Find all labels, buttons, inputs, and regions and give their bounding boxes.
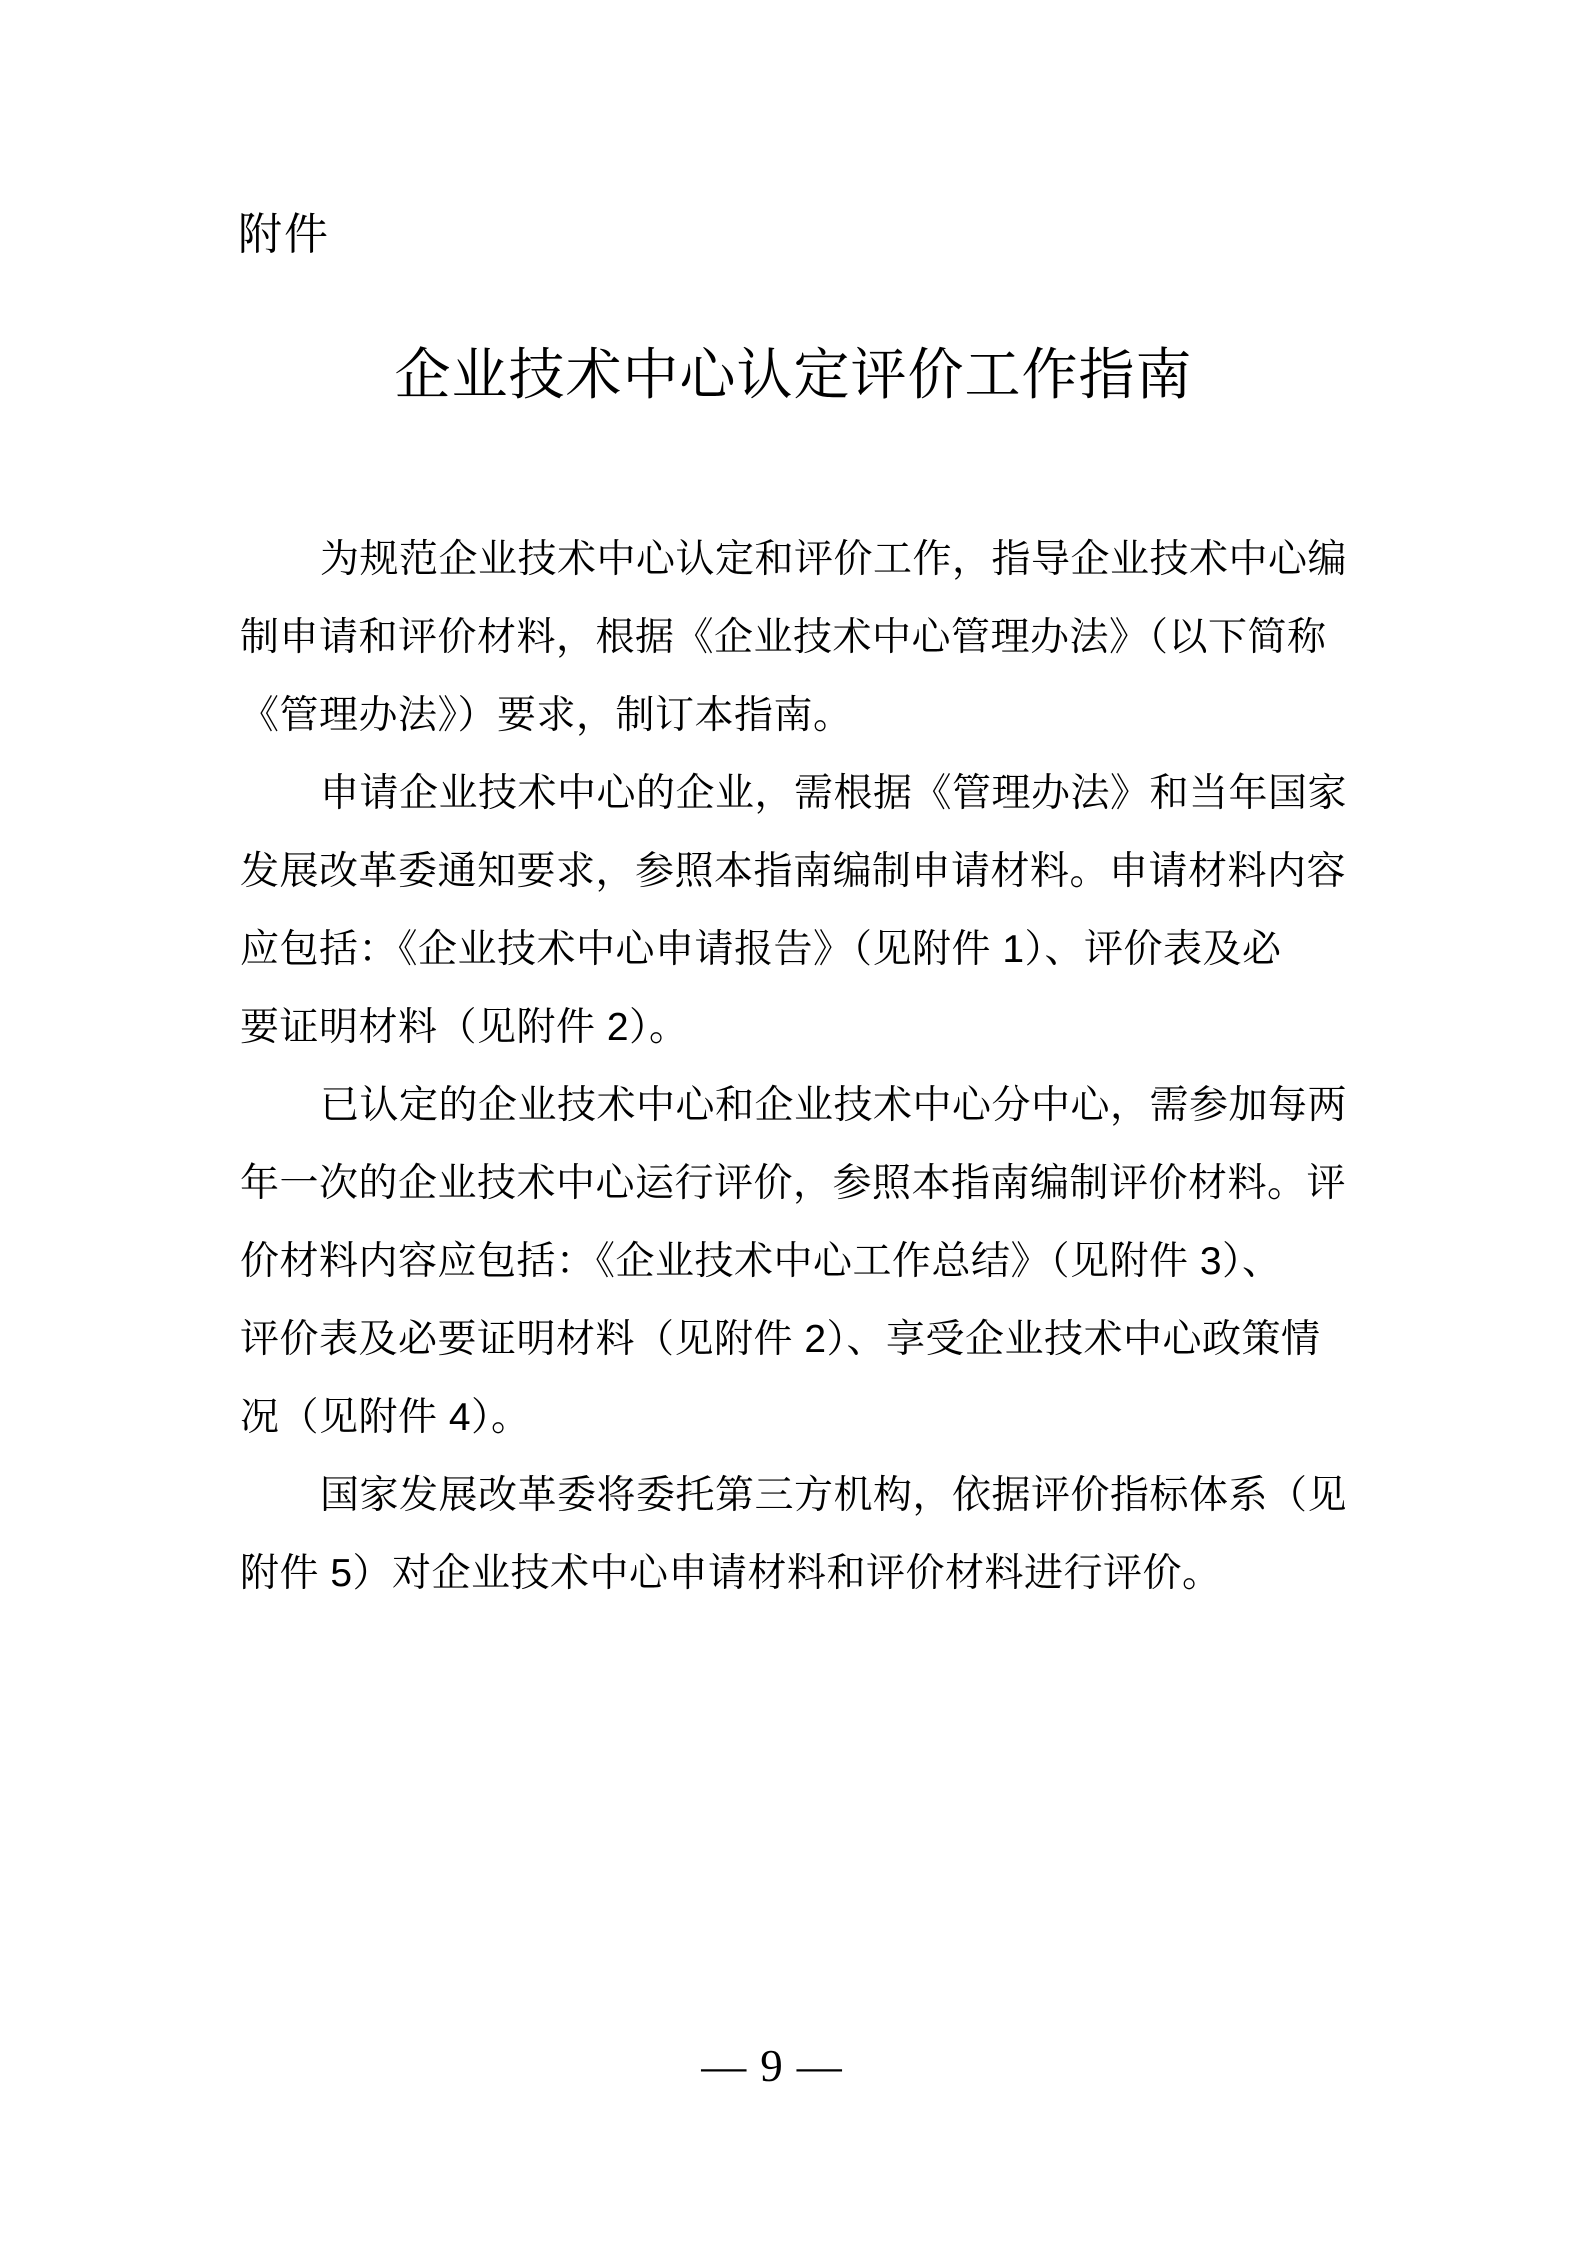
text-line: 年一次的企业技术中心运行评价，参照本指南编制评价材料。评 [240, 1145, 1352, 1223]
footer-dash-left: — [701, 2041, 746, 2091]
text-line: 国家发展改革委将委托第三方机构，依据评价指标体系（见 [240, 1457, 1352, 1535]
text-line: 应包括：《企业技术中心申请报告》（见附件 1）、评价表及必 [240, 911, 1352, 989]
text-line: 申请企业技术中心的企业，需根据《管理办法》和当年国家 [240, 755, 1352, 833]
text-line: 已认定的企业技术中心和企业技术中心分中心，需参加每两 [240, 1067, 1352, 1145]
document-page: 附件 企业技术中心认定评价工作指南 为规范企业技术中心认定和评价工作，指导企业技… [0, 0, 1587, 2245]
page-number: 9 [760, 2041, 783, 2091]
text-line: 发展改革委通知要求，参照本指南编制申请材料。申请材料内容 [240, 833, 1352, 911]
text-line: 制申请和评价材料，根据《企业技术中心管理办法》（以下简称 [240, 599, 1352, 677]
text-line: 为规范企业技术中心认定和评价工作，指导企业技术中心编 [240, 521, 1352, 599]
page-footer: —9— [0, 2038, 1565, 2094]
body-paragraphs: 为规范企业技术中心认定和评价工作，指导企业技术中心编 制申请和评价材料，根据《企… [240, 521, 1352, 1613]
attachment-label: 附件 [238, 207, 330, 263]
footer-dash-right: — [797, 2041, 842, 2091]
text-line: 价材料内容应包括：《企业技术中心工作总结》（见附件 3）、 [240, 1223, 1352, 1301]
text-line: 《管理办法》）要求，制订本指南。 [240, 677, 1352, 755]
text-line: 况（见附件 4）。 [240, 1379, 1352, 1457]
text-line: 要证明材料（见附件 2）。 [240, 989, 1352, 1067]
text-line: 附件 5）对企业技术中心申请材料和评价材料进行评价。 [240, 1535, 1352, 1613]
document-title: 企业技术中心认定评价工作指南 [0, 341, 1587, 409]
text-line: 评价表及必要证明材料（见附件 2）、享受企业技术中心政策情 [240, 1301, 1352, 1379]
